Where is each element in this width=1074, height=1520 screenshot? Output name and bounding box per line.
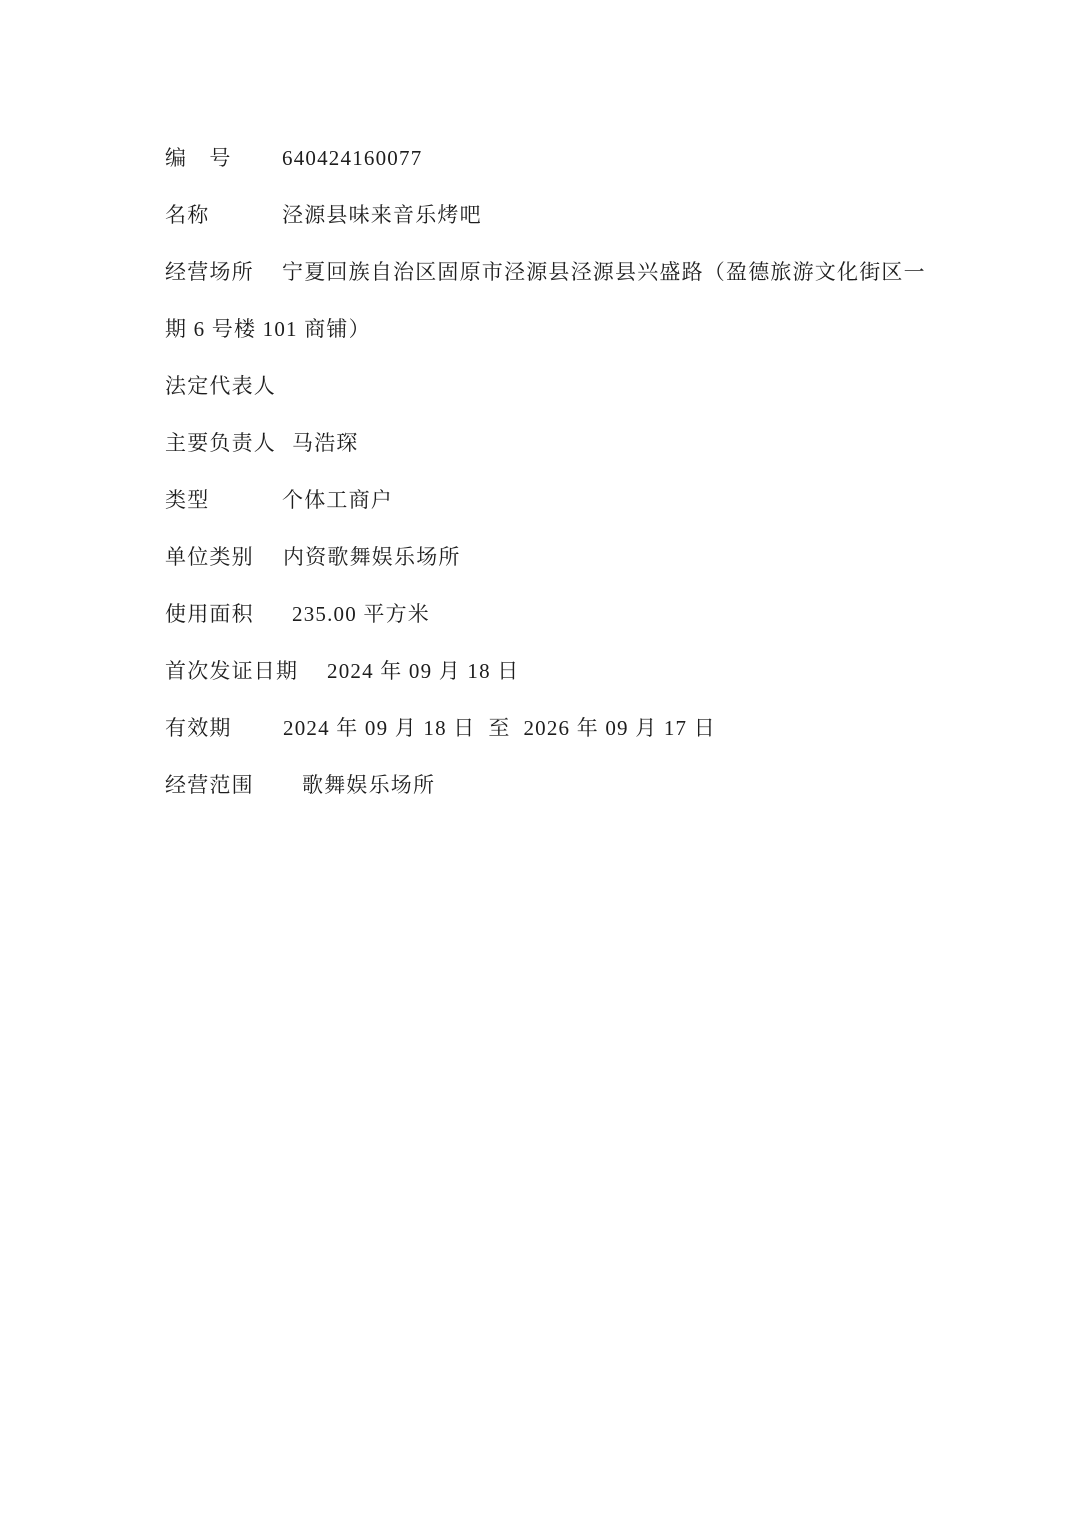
field-value-serial-number: 640424160077 <box>282 146 422 170</box>
field-value-first-issue-date: 2024 年 09 月 18 日 <box>327 659 519 683</box>
field-label-name: 名称 <box>165 187 282 244</box>
field-row-unit-category: 单位类别内资歌舞娱乐场所 <box>165 529 935 586</box>
field-row-first-issue-date: 首次发证日期2024 年 09 月 18 日 <box>165 643 935 700</box>
field-label-serial-number: 编 号 <box>165 130 282 187</box>
document-content: 编 号640424160077 名称泾源县味来音乐烤吧 经营场所宁夏回族自治区固… <box>165 130 935 814</box>
field-value-name: 泾源县味来音乐烤吧 <box>282 203 482 227</box>
field-label-first-issue-date: 首次发证日期 <box>165 643 327 700</box>
field-label-legal-representative: 法定代表人 <box>165 358 276 415</box>
field-row-serial-number: 编 号640424160077 <box>165 130 935 187</box>
field-label-floor-area: 使用面积 <box>165 586 292 643</box>
field-row-name: 名称泾源县味来音乐烤吧 <box>165 187 935 244</box>
field-value-principal: 马浩琛 <box>292 431 359 455</box>
field-row-business-scope: 经营范围歌舞娱乐场所 <box>165 757 935 814</box>
field-row-business-premises: 经营场所宁夏回族自治区固原市泾源县泾源县兴盛路（盈德旅游文化街区一期 6 号楼 … <box>165 244 935 358</box>
field-row-type: 类型个体工商户 <box>165 472 935 529</box>
field-value-business-scope: 歌舞娱乐场所 <box>302 773 435 797</box>
field-label-business-scope: 经营范围 <box>165 757 302 814</box>
field-value-floor-area: 235.00 平方米 <box>292 602 430 626</box>
field-label-principal: 主要负责人 <box>165 415 292 472</box>
document-page: 编 号640424160077 名称泾源县味来音乐烤吧 经营场所宁夏回族自治区固… <box>0 0 1074 1520</box>
field-label-validity-period: 有效期 <box>165 700 283 757</box>
field-value-validity-period: 2024 年 09 月 18 日 至 2026 年 09 月 17 日 <box>283 716 716 740</box>
field-row-legal-representative: 法定代表人 <box>165 358 935 415</box>
field-row-floor-area: 使用面积235.00 平方米 <box>165 586 935 643</box>
field-label-type: 类型 <box>165 472 282 529</box>
field-row-validity-period: 有效期2024 年 09 月 18 日 至 2026 年 09 月 17 日 <box>165 700 935 757</box>
field-label-unit-category: 单位类别 <box>165 529 283 586</box>
field-value-type: 个体工商户 <box>282 488 393 512</box>
field-value-unit-category: 内资歌舞娱乐场所 <box>283 545 461 569</box>
field-row-principal: 主要负责人马浩琛 <box>165 415 935 472</box>
field-label-business-premises: 经营场所 <box>165 244 282 301</box>
